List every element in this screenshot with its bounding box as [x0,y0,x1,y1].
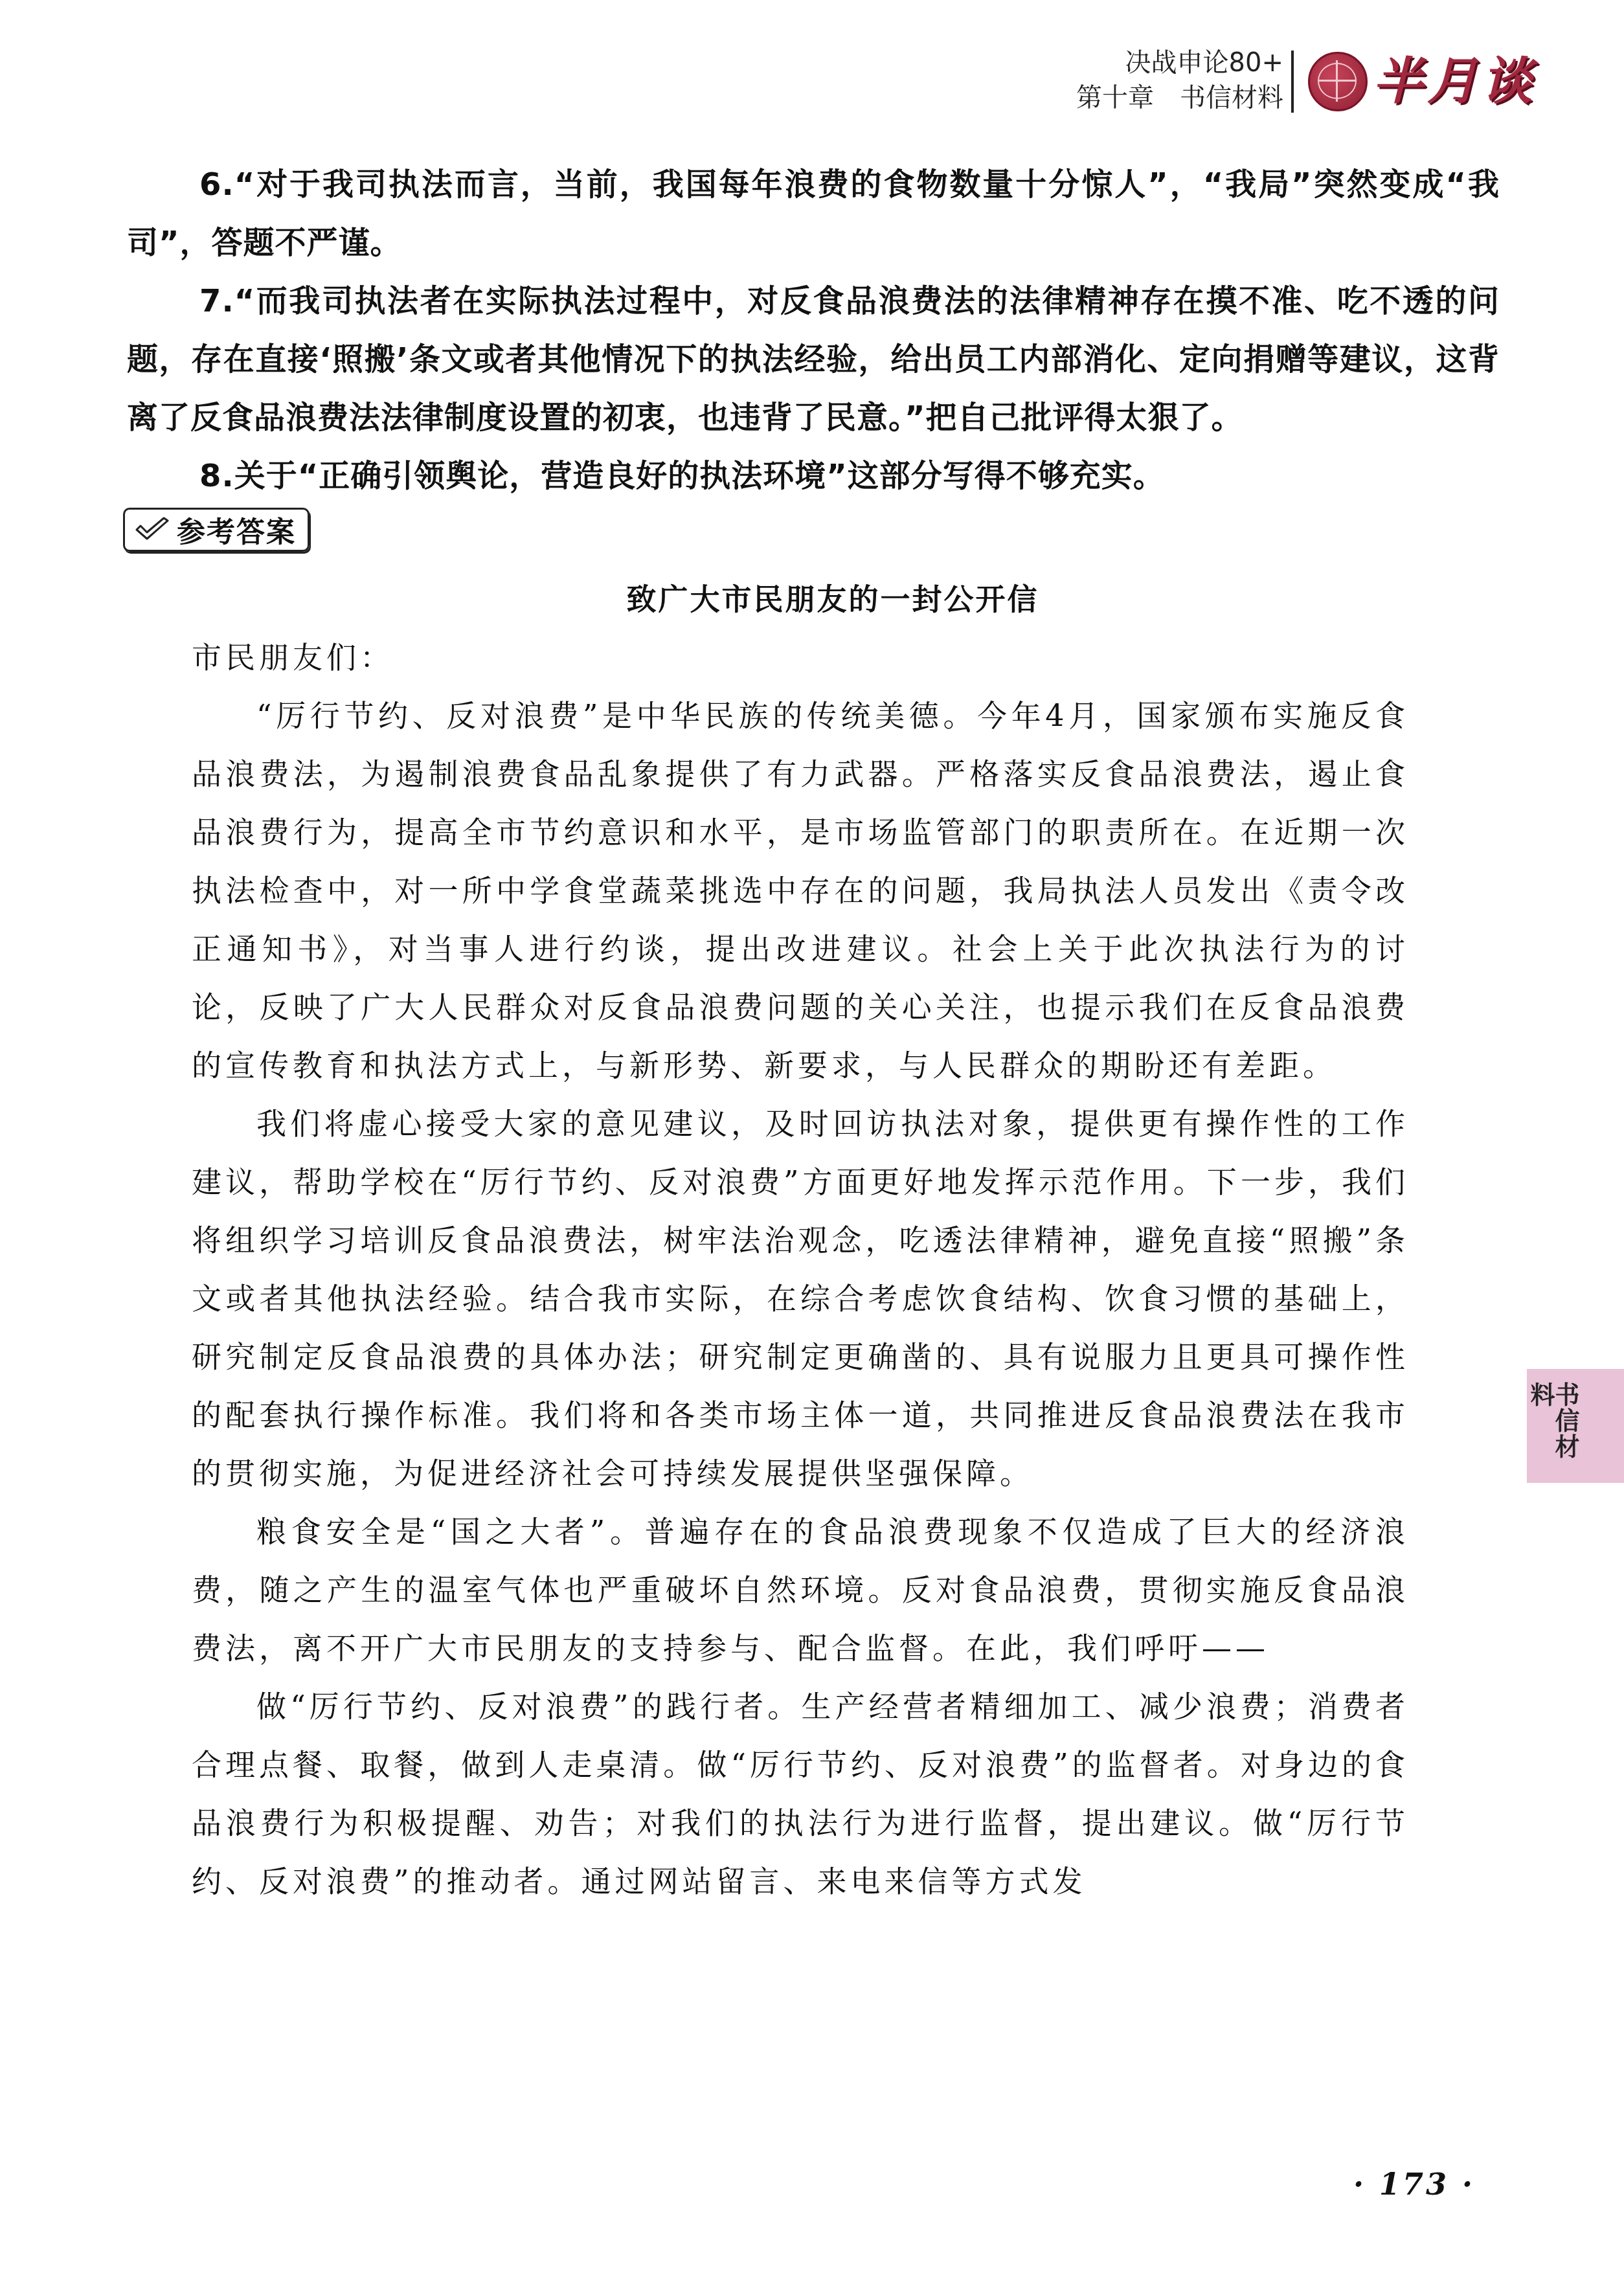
check-icon [134,517,170,543]
book-title: 决战申论80+ [1076,45,1283,80]
letter-paragraph: 做“厉行节约、反对浪费”的践行者。生产经营者精细加工、减少浪费；消费者合理点餐、… [192,1677,1409,1910]
letter-salutation: 市民朋友们： [192,628,1409,686]
letter-paragraph: 我们将虚心接受大家的意见建议，及时回访执法对象，提供更有操作性的工作建议，帮助学… [192,1094,1409,1502]
letter-paragraph: “厉行节约、反对浪费”是中华民族的传统美德。今年4月，国家颁布实施反食品浪费法，… [192,686,1409,1094]
critique-item-7: 7.“而我司执法者在实际执法过程中，对反食品浪费法的法律精神存在摸不准、吃不透的… [127,272,1500,447]
logo-text: 半月谈 [1373,49,1536,114]
letter-paragraph: 粮食安全是“国之大者”。普遍存在的食品浪费现象不仅造成了巨大的经济浪费，随之产生… [192,1502,1409,1677]
page-number: · 173 · [1353,2167,1475,2202]
publisher-logo: 半月谈 [1308,49,1541,114]
globe-emblem-icon [1308,52,1368,111]
page-content: 6.“对于我司执法而言，当前，我国每年浪费的食物数量十分惊人”，“我局”突然变成… [127,155,1500,1910]
letter-body: 市民朋友们： “厉行节约、反对浪费”是中华民族的传统美德。今年4月，国家颁布实施… [192,628,1409,1910]
chapter-title: 第十章 书信材料 [1076,80,1283,115]
critique-item-6: 6.“对于我司执法而言，当前，我国每年浪费的食物数量十分惊人”，“我局”突然变成… [127,155,1500,272]
header-divider [1291,51,1294,113]
chapter-side-tab: 书信材料 [1527,1369,1624,1483]
letter-title: 致广大市民朋友的一封公开信 [127,570,1500,628]
running-head: 决战申论80+ 第十章 书信材料 [1076,45,1283,115]
reference-answer-badge: 参考答案 [123,508,310,552]
badge-label: 参考答案 [177,509,296,550]
critique-item-8: 8.关于“正确引领舆论，营造良好的执法环境”这部分写得不够充实。 [127,447,1500,505]
page-header: 决战申论80+ 第十章 书信材料 半月谈 [971,45,1554,123]
side-tab-label: 书信材料 [1549,1382,1577,1483]
